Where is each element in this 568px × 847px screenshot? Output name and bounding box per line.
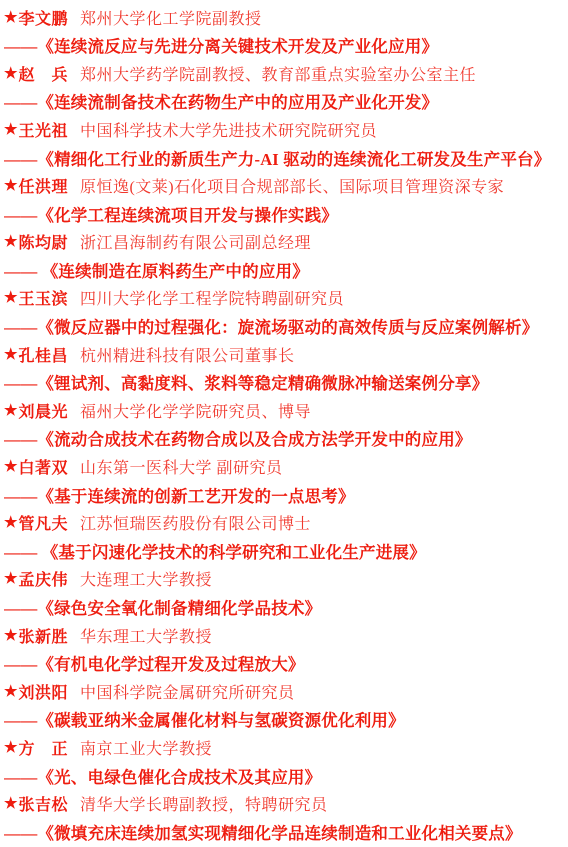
speaker-name-line: ★ 张新胜 华东理工大学教授 bbox=[4, 621, 566, 649]
speaker-entry: ★ 陈均尉 浙江昌海制药有限公司副总经理 —— 《连续制造在原料药生产中的应用》 bbox=[4, 228, 566, 284]
speaker-name: 孟庆伟 bbox=[18, 567, 68, 590]
speaker-affiliation: 江苏恒瑞医药股份有限公司博士 bbox=[80, 511, 311, 534]
speaker-name-line: ★ 管凡夫 江苏恒瑞医药股份有限公司博士 bbox=[4, 509, 566, 537]
speaker-entry: ★ 李文鹏 郑州大学化工学院副教授 ——《连续流反应与先进分离关键技术开发及产业… bbox=[4, 3, 566, 59]
speaker-affiliation: 四川大学化学工程学院特聘副研究员 bbox=[80, 286, 344, 309]
speaker-entry: ★ 任洪理 原恒逸(文莱)石化项目合规部部长、国际项目管理资深专家 ——《化学工… bbox=[4, 172, 566, 228]
speaker-affiliation: 南京工业大学教授 bbox=[80, 736, 212, 759]
speaker-topic: ——《光、电绿色催化合成技术及其应用》 bbox=[4, 762, 566, 790]
star-icon: ★ bbox=[4, 288, 17, 307]
speaker-name-line: ★ 方 正 南京工业大学教授 bbox=[4, 733, 566, 761]
speaker-affiliation: 大连理工大学教授 bbox=[80, 567, 212, 590]
speaker-affiliation: 中国科学技术大学先进技术研究院研究员 bbox=[80, 118, 377, 141]
speaker-topic: ——《有机电化学过程开发及过程放大》 bbox=[4, 649, 566, 677]
speaker-affiliation: 福州大学化学学院研究员、博导 bbox=[80, 399, 311, 422]
speaker-topic: —— 《基于闪速化学技术的科学研究和工业化生产进展》 bbox=[4, 537, 566, 565]
speaker-topic: ——《化学工程连续流项目开发与操作实践》 bbox=[4, 200, 566, 228]
star-icon: ★ bbox=[4, 682, 17, 701]
speaker-topic: ——《绿色安全氧化制备精细化学品技术》 bbox=[4, 593, 566, 621]
speaker-name: 管凡夫 bbox=[18, 511, 68, 534]
speaker-entry: ★ 刘晨光 福州大学化学学院研究员、博导 ——《流动合成技术在药物合成以及合成方… bbox=[4, 396, 566, 452]
speaker-name: 白著双 bbox=[18, 455, 68, 478]
speaker-topic: ——《碳载亚纳米金属催化材料与氢碳资源优化利用》 bbox=[4, 705, 566, 733]
speaker-affiliation: 郑州大学化工学院副教授 bbox=[80, 6, 262, 29]
speaker-name: 方 正 bbox=[18, 736, 68, 759]
speaker-entry: ★ 孔桂昌 杭州精进科技有限公司董事长 ——《锂试剂、高黏度料、浆料等稳定精确微… bbox=[4, 340, 566, 396]
speaker-name: 赵 兵 bbox=[18, 62, 68, 85]
speaker-topic: —— 《连续制造在原料药生产中的应用》 bbox=[4, 256, 566, 284]
speaker-entry: ★ 刘洪阳 中国科学院金属研究所研究员 ——《碳载亚纳米金属催化材料与氢碳资源优… bbox=[4, 677, 566, 733]
speaker-name: 孔桂昌 bbox=[18, 343, 68, 366]
star-icon: ★ bbox=[4, 513, 17, 532]
speaker-name-line: ★ 刘洪阳 中国科学院金属研究所研究员 bbox=[4, 677, 566, 705]
speaker-topic: ——《连续流制备技术在药物生产中的应用及产业化开发》 bbox=[4, 87, 566, 115]
speaker-name-line: ★ 王光祖 中国科学技术大学先进技术研究院研究员 bbox=[4, 115, 566, 143]
speaker-list: ★ 李文鹏 郑州大学化工学院副教授 ——《连续流反应与先进分离关键技术开发及产业… bbox=[0, 0, 568, 847]
speaker-affiliation: 郑州大学药学院副教授、教育部重点实验室办公室主任 bbox=[80, 62, 476, 85]
speaker-affiliation: 杭州精进科技有限公司董事长 bbox=[80, 343, 295, 366]
speaker-name-line: ★ 白著双 山东第一医科大学 副研究员 bbox=[4, 453, 566, 481]
speaker-entry: ★ 王光祖 中国科学技术大学先进技术研究院研究员 ——《精细化工行业的新质生产力… bbox=[4, 115, 566, 171]
star-icon: ★ bbox=[4, 569, 17, 588]
star-icon: ★ bbox=[4, 457, 17, 476]
speaker-name: 张新胜 bbox=[18, 624, 68, 647]
speaker-entry: ★ 孟庆伟 大连理工大学教授 ——《绿色安全氧化制备精细化学品技术》 bbox=[4, 565, 566, 621]
speaker-topic: ——《连续流反应与先进分离关键技术开发及产业化应用》 bbox=[4, 31, 566, 59]
speaker-name: 王玉滨 bbox=[18, 286, 68, 309]
speaker-affiliation: 山东第一医科大学 副研究员 bbox=[80, 455, 283, 478]
speaker-topic: ——《流动合成技术在药物合成以及合成方法学开发中的应用》 bbox=[4, 424, 566, 452]
speaker-name-line: ★ 李文鹏 郑州大学化工学院副教授 bbox=[4, 3, 566, 31]
star-icon: ★ bbox=[4, 64, 17, 83]
speaker-entry: ★ 王玉滨 四川大学化学工程学院特聘副研究员 ——《微反应器中的过程强化：旋流场… bbox=[4, 284, 566, 340]
speaker-name-line: ★ 刘晨光 福州大学化学学院研究员、博导 bbox=[4, 396, 566, 424]
star-icon: ★ bbox=[4, 232, 17, 251]
speaker-name: 刘洪阳 bbox=[18, 680, 68, 703]
speaker-name: 陈均尉 bbox=[18, 230, 68, 253]
speaker-affiliation: 清华大学长聘副教授，特聘研究员 bbox=[80, 792, 328, 815]
speaker-name-line: ★ 任洪理 原恒逸(文莱)石化项目合规部部长、国际项目管理资深专家 bbox=[4, 172, 566, 200]
speaker-name: 李文鹏 bbox=[18, 6, 68, 29]
speaker-entry: ★ 赵 兵 郑州大学药学院副教授、教育部重点实验室办公室主任 ——《连续流制备技… bbox=[4, 59, 566, 115]
speaker-name-line: ★ 张吉松 清华大学长聘副教授，特聘研究员 bbox=[4, 790, 566, 818]
speaker-entry: ★ 张吉松 清华大学长聘副教授，特聘研究员 ——《微填充床连续加氢实现精细化学品… bbox=[4, 790, 566, 846]
star-icon: ★ bbox=[4, 401, 17, 420]
speaker-name-line: ★ 王玉滨 四川大学化学工程学院特聘副研究员 bbox=[4, 284, 566, 312]
speaker-topic: ——《精细化工行业的新质生产力-AI 驱动的连续流化工研发及生产平台》 bbox=[4, 143, 566, 171]
speaker-name: 张吉松 bbox=[18, 792, 68, 815]
star-icon: ★ bbox=[4, 8, 17, 27]
speaker-topic: ——《微反应器中的过程强化：旋流场驱动的高效传质与反应案例解析》 bbox=[4, 312, 566, 340]
speaker-affiliation: 华东理工大学教授 bbox=[80, 624, 212, 647]
speaker-affiliation: 浙江昌海制药有限公司副总经理 bbox=[80, 230, 311, 253]
speaker-name-line: ★ 赵 兵 郑州大学药学院副教授、教育部重点实验室办公室主任 bbox=[4, 59, 566, 87]
speaker-name: 王光祖 bbox=[18, 118, 68, 141]
speaker-name-line: ★ 陈均尉 浙江昌海制药有限公司副总经理 bbox=[4, 228, 566, 256]
speaker-topic: ——《基于连续流的创新工艺开发的一点思考》 bbox=[4, 481, 566, 509]
star-icon: ★ bbox=[4, 120, 17, 139]
speaker-entry: ★ 白著双 山东第一医科大学 副研究员 ——《基于连续流的创新工艺开发的一点思考… bbox=[4, 453, 566, 509]
speaker-topic: ——《微填充床连续加氢实现精细化学品连续制造和工业化相关要点》 bbox=[4, 818, 566, 846]
speaker-entry: ★ 管凡夫 江苏恒瑞医药股份有限公司博士 —— 《基于闪速化学技术的科学研究和工… bbox=[4, 509, 566, 565]
star-icon: ★ bbox=[4, 794, 17, 813]
speaker-name: 任洪理 bbox=[18, 174, 68, 197]
star-icon: ★ bbox=[4, 176, 17, 195]
star-icon: ★ bbox=[4, 738, 17, 757]
speaker-entry: ★ 张新胜 华东理工大学教授 ——《有机电化学过程开发及过程放大》 bbox=[4, 621, 566, 677]
star-icon: ★ bbox=[4, 345, 17, 364]
speaker-name-line: ★ 孔桂昌 杭州精进科技有限公司董事长 bbox=[4, 340, 566, 368]
speaker-affiliation: 原恒逸(文莱)石化项目合规部部长、国际项目管理资深专家 bbox=[80, 174, 504, 197]
star-icon: ★ bbox=[4, 626, 17, 645]
speaker-affiliation: 中国科学院金属研究所研究员 bbox=[80, 680, 295, 703]
speaker-entry: ★ 方 正 南京工业大学教授 ——《光、电绿色催化合成技术及其应用》 bbox=[4, 733, 566, 789]
speaker-name: 刘晨光 bbox=[18, 399, 68, 422]
speaker-topic: ——《锂试剂、高黏度料、浆料等稳定精确微脉冲输送案例分享》 bbox=[4, 368, 566, 396]
speaker-name-line: ★ 孟庆伟 大连理工大学教授 bbox=[4, 565, 566, 593]
